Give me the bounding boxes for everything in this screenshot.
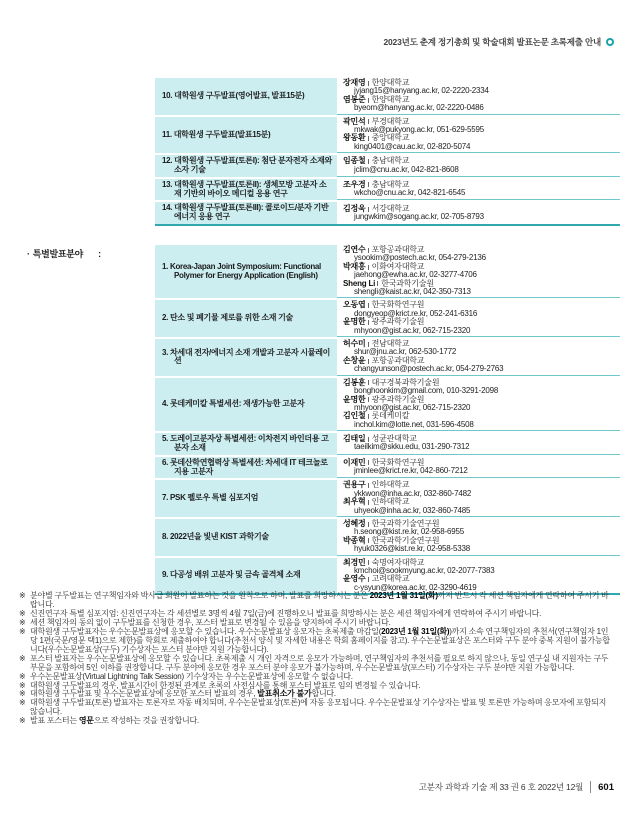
contact-email-phone: jclim@cnu.ac.kr, 042-821-8608 <box>343 166 618 174</box>
bullet-dot: · <box>27 249 30 259</box>
note-marker: ※ <box>19 592 30 610</box>
contact-email-phone: shengli@kaist.ac.kr, 042-350-7313 <box>343 288 618 296</box>
name-affiliation-divider <box>368 500 369 505</box>
session-row: 6. 롯데산학연협력상 특별세션: 차세대 IT 테크놀로지용 고분자 이재민 … <box>155 457 620 479</box>
note-item: ※ 대학원생 구두발표자는 우수논문발표상에 응모할 수 있습니다. 우수논문발… <box>19 628 614 655</box>
name-affiliation-divider <box>368 397 369 402</box>
contact-entry: 윤명한 광주과학기술원 mhyoon@gist.ac.kr, 062-715-2… <box>343 318 618 335</box>
contact-entry: 성혜정 한국과학기술연구원 h.seong@kist.re.kr, 02-958… <box>343 520 618 537</box>
name-affiliation-divider <box>368 577 369 582</box>
special-section-label-text: 특별발표분야 <box>33 249 83 259</box>
contact-email-phone: changyunson@postech.ac.kr, 054-279-2763 <box>343 365 618 373</box>
page-footer: 고분자 과학과 기술 제 33 권 6 호 2022년 12월 601 <box>419 781 614 793</box>
session-contacts-cell: 이재민 한국화학연구원 jminlee@krict.re.kr, 042-860… <box>337 457 620 479</box>
contact-email-phone: jminlee@krict.re.kr, 042-860-7212 <box>343 467 618 475</box>
session-title: 11. 대학원생 구두발표(발표15분) <box>162 131 270 140</box>
session-title-cell: 4. 롯데케미칼 특별세션: 재생가능한 고분자 <box>155 378 337 431</box>
name-affiliation-divider <box>368 437 369 442</box>
contact-entry: 이재민 한국화학연구원 jminlee@krict.re.kr, 042-860… <box>343 459 618 476</box>
session-row: 3. 차세대 전자/에너지 소재 개발과 고분자 시뮬레이션 허수미 전남대학교… <box>155 339 620 376</box>
contact-entry: 염봉준 한양대학교 byeom@hanyang.ac.kr, 02-2220-0… <box>343 96 618 113</box>
contact-entry: 곽민석 부경대학교 mkwak@pukyong.ac.kr, 051-629-5… <box>343 118 618 135</box>
session-contacts-cell: 김봉훈 대구경북과학기술원 bonghoonkim@gmail.com, 010… <box>337 378 620 431</box>
session-row: 4. 롯데케미칼 특별세션: 재생가능한 고분자 김봉훈 대구경북과학기술원 b… <box>155 378 620 431</box>
contact-entry: 최경민 숙명여자대학교 kmchoi@sookmyung.ac.kr, 02-2… <box>343 559 618 576</box>
name-affiliation-divider <box>368 414 369 419</box>
session-row: 5. 도레이고분자상 특별세션: 이차전지 바인더용 고분자 소재 김태일 성균… <box>155 433 620 455</box>
name-affiliation-divider <box>368 320 369 325</box>
journal-info: 고분자 과학과 기술 제 33 권 6 호 2022년 12월 <box>419 781 583 793</box>
contact-email-phone: mhyoon@gist.ac.kr, 062-715-2320 <box>343 327 618 335</box>
contact-entry: Sheng Li 한국과학기술원 shengli@kaist.ac.kr, 04… <box>343 280 618 297</box>
name-affiliation-divider <box>368 522 369 527</box>
contact-entry: 김정욱 서강대학교 jungwkim@sogang.ac.kr, 02-705-… <box>343 205 618 222</box>
special-section-label: ·특별발표분야: <box>27 247 101 260</box>
donut-icon <box>606 38 614 46</box>
name-affiliation-divider <box>368 265 369 270</box>
session-title-cell: 10. 대학원생 구두발표(영어발표, 발표15분) <box>155 78 337 115</box>
note-text: 발표 포스터는 영문으로 작성하는 것을 권장합니다. <box>30 717 614 726</box>
note-text: 포스터 발표자는 우수논문발표상에 응모할 수 있습니다. 초록제출 시 개인 … <box>30 655 614 673</box>
name-affiliation-divider <box>368 159 369 164</box>
contact-entry: 윤영수 고려대학교 c-ysyun@korea.ac.kr, 02-3290-4… <box>343 575 618 592</box>
session-title: 7. PSK 펠로우 특별 심포지엄 <box>162 494 258 503</box>
session-row: 2. 탄소 및 폐기물 제로를 위한 소재 기술 오동엽 한국화학연구원 don… <box>155 300 620 337</box>
session-title-cell: 6. 롯데산학연협력상 특별세션: 차세대 IT 테크놀로지용 고분자 <box>155 457 337 479</box>
contact-entry: 최우혁 인하대학교 uhyeok@inha.ac.kr, 032-860-748… <box>343 498 618 515</box>
contact-entry: 김연수 포항공과대학교 ysookim@postech.ac.kr, 054-2… <box>343 246 618 263</box>
name-affiliation-divider <box>368 380 369 385</box>
session-row: 9. 다공성 배위 고분자 및 금속 골격체 소재 최경민 숙명여자대학교 km… <box>155 558 620 594</box>
session-row: 12. 대학원생 구두발표(토론I): 첨단 분자전자 소재와 소자 기술 임종… <box>155 155 620 177</box>
session-title-cell: 13. 대학원생 구두발표(토론II): 생체모방 고분자 소재 기반의 바이오… <box>155 179 337 201</box>
session-contacts-cell: 최경민 숙명여자대학교 kmchoi@sookmyung.ac.kr, 02-2… <box>337 558 620 594</box>
session-title: 13. 대학원생 구두발표(토론II): 생체모방 고분자 소재 기반의 바이오… <box>162 181 332 199</box>
contact-entry: 김인철 롯데케미칼 inchol.kim@lotte.net, 031-596-… <box>343 412 618 429</box>
session-title: 4. 롯데케미칼 특별세션: 재생가능한 고분자 <box>162 400 304 409</box>
contact-email-phone: byeom@hanyang.ac.kr, 02-2220-0486 <box>343 104 618 112</box>
contact-email-phone: king0401@cau.ac.kr, 02-820-5074 <box>343 143 618 151</box>
session-title-cell: 5. 도레이고분자상 특별세션: 이차전지 바인더용 고분자 소재 <box>155 433 337 455</box>
name-affiliation-divider <box>368 248 369 253</box>
name-affiliation-divider <box>368 483 369 488</box>
session-row: 10. 대학원생 구두발표(영어발표, 발표15분) 장재영 한양대학교 jyj… <box>155 78 620 115</box>
session-title: 3. 차세대 전자/에너지 소재 개발과 고분자 시뮬레이션 <box>162 349 332 367</box>
session-row: 13. 대학원생 구두발표(토론II): 생체모방 고분자 소재 기반의 바이오… <box>155 179 620 201</box>
contact-entry: 오동엽 한국화학연구원 dongyeop@krict.re.kr, 052-24… <box>343 301 618 318</box>
session-contacts-cell: 장재영 한양대학교 jyjang15@hanyang.ac.kr, 02-222… <box>337 78 620 115</box>
note-marker: ※ <box>19 655 30 673</box>
note-text: 분야별 구두발표는 연구책임자와 박사급 회원이 발표하는 것을 원칙으로 하며… <box>30 592 614 610</box>
session-contacts-cell: 김연수 포항공과대학교 ysookim@postech.ac.kr, 054-2… <box>337 245 620 298</box>
name-affiliation-divider <box>368 538 369 543</box>
note-marker: ※ <box>19 628 30 655</box>
name-affiliation-divider <box>368 303 369 308</box>
contact-entry: 왕동환 중앙대학교 king0401@cau.ac.kr, 02-820-507… <box>343 134 618 151</box>
contact-entry: 윤명한 광주과학기술원 mhyoon@gist.ac.kr, 062-715-2… <box>343 396 618 413</box>
session-title: 5. 도레이고분자상 특별세션: 이차전지 바인더용 고분자 소재 <box>162 435 332 453</box>
session-title-cell: 2. 탄소 및 폐기물 제로를 위한 소재 기술 <box>155 300 337 337</box>
contact-entry: 임종철 충남대학교 jclim@cnu.ac.kr, 042-821-8608 <box>343 157 618 174</box>
contact-email-phone: hyuk0326@kist.re.kr, 02-958-5338 <box>343 545 618 553</box>
session-row: 8. 2022년을 빛낸 KIST 과학기술 성혜정 한국과학기술연구원 h.s… <box>155 519 620 556</box>
name-affiliation-divider <box>368 98 369 103</box>
session-contacts-cell: 조우경 충남대학교 wkcho@cnu.ac.kr, 042-821-6545 <box>337 179 620 201</box>
session-title-cell: 1. Korea-Japan Joint Symposium: Function… <box>155 245 337 298</box>
note-item: ※ 대학원생 구두발표(토론) 발표자는 토론자로 자동 배치되며, 우수논문발… <box>19 699 614 717</box>
session-title-cell: 9. 다공성 배위 고분자 및 금속 골격체 소재 <box>155 558 337 594</box>
page-header: 2023년도 춘계 정기총회 및 학술대회 발표논문 초록제출 안내 <box>384 36 615 48</box>
contact-entry: 박종혁 한국과학기술연구원 hyuk0326@kist.re.kr, 02-95… <box>343 537 618 554</box>
contact-email-phone: inchol.kim@lotte.net, 031-596-4508 <box>343 421 618 429</box>
contact-entry: 조우경 충남대학교 wkcho@cnu.ac.kr, 042-821-6545 <box>343 181 618 198</box>
contact-entry: 김태일 성균관대학교 taeilkim@skku.edu, 031-290-73… <box>343 435 618 452</box>
session-title-cell: 3. 차세대 전자/에너지 소재 개발과 고분자 시뮬레이션 <box>155 339 337 376</box>
session-contacts-cell: 곽민석 부경대학교 mkwak@pukyong.ac.kr, 051-629-5… <box>337 117 620 154</box>
note-item: ※ 발표 포스터는 영문으로 작성하는 것을 권장합니다. <box>19 717 614 726</box>
session-contacts-cell: 임종철 충남대학교 jclim@cnu.ac.kr, 042-821-8608 <box>337 155 620 177</box>
contact-email-phone: taeilkim@skku.edu, 031-290-7312 <box>343 443 618 451</box>
session-row: 1. Korea-Japan Joint Symposium: Function… <box>155 245 620 298</box>
name-affiliation-divider <box>368 342 369 347</box>
contact-entry: 박재홍 이화여자대학교 jaehong@ewha.ac.kr, 02-3277-… <box>343 263 618 280</box>
note-marker: ※ <box>19 699 30 717</box>
contact-entry: 손창윤 포항공과대학교 changyunson@postech.ac.kr, 0… <box>343 357 618 374</box>
session-title: 9. 다공성 배위 고분자 및 금속 골격체 소재 <box>162 571 300 580</box>
note-item: ※ 분야별 구두발표는 연구책임자와 박사급 회원이 발표하는 것을 원칙으로 … <box>19 592 614 610</box>
page-number: 601 <box>598 782 614 793</box>
session-title: 2. 탄소 및 폐기물 제로를 위한 소재 기술 <box>162 314 293 323</box>
session-title-cell: 12. 대학원생 구두발표(토론I): 첨단 분자전자 소재와 소자 기술 <box>155 155 337 177</box>
label-colon: : <box>98 249 101 259</box>
session-contacts-cell: 권용구 인하대학교 ykkwon@inha.ac.kr, 032-860-748… <box>337 480 620 517</box>
name-affiliation-divider <box>368 560 369 565</box>
session-contacts-cell: 오동엽 한국화학연구원 dongyeop@krict.re.kr, 052-24… <box>337 300 620 337</box>
session-title: 6. 롯데산학연협력상 특별세션: 차세대 IT 테크놀로지용 고분자 <box>162 459 332 477</box>
name-affiliation-divider <box>368 207 369 212</box>
name-affiliation-divider <box>368 81 369 86</box>
footer-divider <box>590 781 591 793</box>
note-text: 대학원생 구두발표(토론) 발표자는 토론자로 자동 배치되며, 우수논문발표상… <box>30 699 614 717</box>
contact-email-phone: uhyeok@inha.ac.kr, 032-860-7485 <box>343 507 618 515</box>
special-session-table: 1. Korea-Japan Joint Symposium: Function… <box>155 245 620 595</box>
name-affiliation-divider <box>368 119 369 124</box>
contact-email-phone: wkcho@cnu.ac.kr, 042-821-6545 <box>343 189 618 197</box>
session-title-cell: 7. PSK 펠로우 특별 심포지엄 <box>155 480 337 517</box>
session-contacts-cell: 허수미 전남대학교 shur@jnu.ac.kr, 062-530-1772 손… <box>337 339 620 376</box>
name-affiliation-divider <box>368 359 369 364</box>
contact-email-phone: jungwkim@sogang.ac.kr, 02-705-8793 <box>343 213 618 221</box>
note-marker: ※ <box>19 717 30 726</box>
name-affiliation-divider <box>368 460 369 465</box>
name-affiliation-divider <box>368 182 369 187</box>
session-title-cell: 8. 2022년을 빛낸 KIST 과학기술 <box>155 519 337 556</box>
contact-entry: 장재영 한양대학교 jyjang15@hanyang.ac.kr, 02-222… <box>343 79 618 96</box>
session-row: 14. 대학원생 구두발표(토론III): 콜로이드/분자 기반 에너지 응용 … <box>155 202 620 224</box>
document-page: 2023년도 춘계 정기총회 및 학술대회 발표논문 초록제출 안내 10. 대… <box>0 0 627 830</box>
session-title-cell: 11. 대학원생 구두발표(발표15분) <box>155 117 337 154</box>
session-table-top: 10. 대학원생 구두발표(영어발표, 발표15분) 장재영 한양대학교 jyj… <box>155 78 620 226</box>
note-item: ※ 포스터 발표자는 우수논문발표상에 응모할 수 있습니다. 초록제출 시 개… <box>19 655 614 673</box>
session-contacts-cell: 성혜정 한국과학기술연구원 h.seong@kist.re.kr, 02-958… <box>337 519 620 556</box>
session-title: 10. 대학원생 구두발표(영어발표, 발표15분) <box>162 92 304 101</box>
session-title: 8. 2022년을 빛낸 KIST 과학기술 <box>162 533 269 542</box>
contact-entry: 허수미 전남대학교 shur@jnu.ac.kr, 062-530-1772 <box>343 340 618 357</box>
contact-entry: 김봉훈 대구경북과학기술원 bonghoonkim@gmail.com, 010… <box>343 379 618 396</box>
session-row: 11. 대학원생 구두발표(발표15분) 곽민석 부경대학교 mkwak@puk… <box>155 117 620 154</box>
session-title-cell: 14. 대학원생 구두발표(토론III): 콜로이드/분자 기반 에너지 응용 … <box>155 202 337 224</box>
session-contacts-cell: 김태일 성균관대학교 taeilkim@skku.edu, 031-290-73… <box>337 433 620 455</box>
name-affiliation-divider <box>368 136 369 141</box>
note-text: 대학원생 구두발표자는 우수논문발표상에 응모할 수 있습니다. 우수논문발표상… <box>30 628 614 655</box>
session-title: 1. Korea-Japan Joint Symposium: Function… <box>162 263 332 281</box>
name-affiliation-divider <box>377 281 378 286</box>
page-title: 2023년도 춘계 정기총회 및 학술대회 발표논문 초록제출 안내 <box>384 36 602 48</box>
notes-list: ※ 분야별 구두발표는 연구책임자와 박사급 회원이 발표하는 것을 원칙으로 … <box>19 592 614 726</box>
session-title: 12. 대학원생 구두발표(토론I): 첨단 분자전자 소재와 소자 기술 <box>162 157 332 175</box>
session-row: 7. PSK 펠로우 특별 심포지엄 권용구 인하대학교 ykkwon@inha… <box>155 480 620 517</box>
session-contacts-cell: 김정욱 서강대학교 jungwkim@sogang.ac.kr, 02-705-… <box>337 202 620 224</box>
contact-entry: 권용구 인하대학교 ykkwon@inha.ac.kr, 032-860-748… <box>343 481 618 498</box>
session-title: 14. 대학원생 구두발표(토론III): 콜로이드/분자 기반 에너지 응용 … <box>162 204 332 222</box>
